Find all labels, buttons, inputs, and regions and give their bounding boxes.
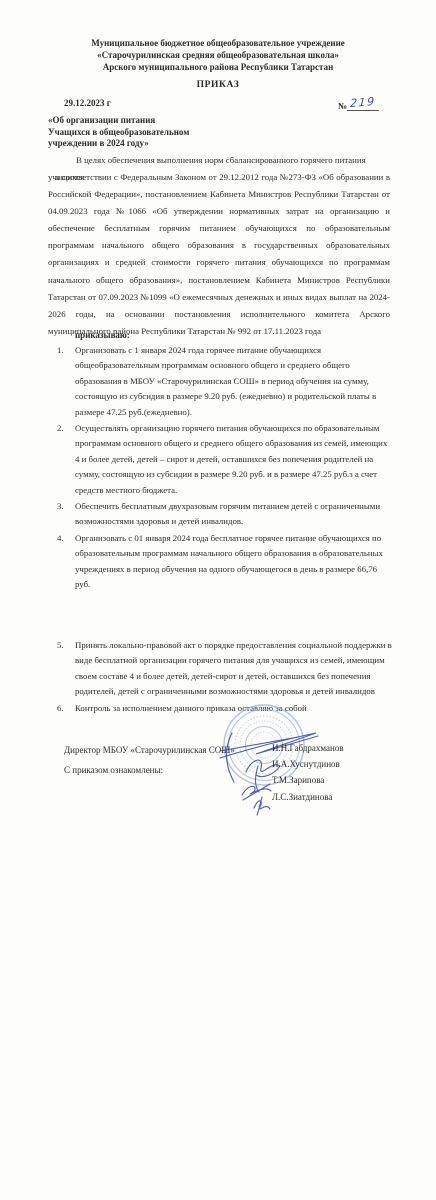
- subject-line: «Об организации питания: [48, 115, 189, 127]
- document-type-title: ПРИКАЗ: [0, 80, 436, 90]
- signer-name: Л.С.Зиатдинова: [272, 789, 344, 805]
- order-keyword: приказываю:: [75, 330, 130, 340]
- signature-names: И.Н.Габдрахманов И.А.Хуснутдинов Т.М.Зар…: [272, 740, 344, 805]
- order-item: 2. Осуществлять организацию горячего пит…: [57, 421, 393, 498]
- acknowledged-label: С приказом ознакомлены:: [64, 760, 235, 780]
- signer-name: И.Н.Габдрахманов: [272, 740, 344, 756]
- item-text: Осуществлять организацию горячего питани…: [75, 421, 393, 498]
- document-number: №219: [338, 98, 379, 111]
- director-label: Директор МБОУ «Старочурилинская СОШ»: [64, 740, 235, 760]
- preamble-body: в соответствии с Федеральным Законом от …: [48, 169, 390, 340]
- item-number: 6.: [57, 701, 75, 716]
- signer-name: И.А.Хуснутдинов: [272, 756, 344, 772]
- item-number: 5.: [57, 638, 75, 700]
- item-text: Организовать с 01 января 2024 года беспл…: [75, 531, 393, 593]
- item-text: Обеспечить бесплатным двухразовым горячи…: [75, 499, 393, 530]
- item-text: Организовать с 1 января 2024 года горяче…: [75, 343, 393, 420]
- number-sign: №: [338, 101, 347, 111]
- item-number: 2.: [57, 421, 75, 498]
- order-subject: «Об организации питания Учащихся в общео…: [48, 115, 189, 150]
- signer-name: Т.М.Зарипова: [272, 772, 344, 788]
- item-number: 3.: [57, 499, 75, 530]
- item-number: 4.: [57, 531, 75, 593]
- subject-line: Учащихся в общеобразовательном: [48, 127, 189, 139]
- signature-labels: Директор МБОУ «Старочурилинская СОШ» С п…: [64, 740, 235, 780]
- scanned-order-document: { "page": { "header": { "org_lines": [ "…: [0, 0, 436, 1200]
- document-page: Муниципальное бюджетное общеобразователь…: [0, 0, 436, 1200]
- order-item: 4. Организовать с 01 января 2024 года бе…: [57, 531, 393, 593]
- number-line: 219: [347, 98, 379, 111]
- order-item: 3. Обеспечить бесплатным двухразовым гор…: [57, 499, 393, 530]
- order-items-1-4: 1. Организовать с 1 января 2024 года гор…: [57, 343, 393, 594]
- org-name-line: Муниципальное бюджетное общеобразователь…: [0, 37, 436, 49]
- subject-line: учреждении в 2024 году»: [48, 138, 189, 150]
- org-name-line: «Старочурилинская средняя общеобразовате…: [0, 49, 436, 61]
- order-item: 1. Организовать с 1 января 2024 года гор…: [57, 343, 393, 420]
- organization-header: Муниципальное бюджетное общеобразователь…: [0, 37, 436, 73]
- handwritten-number: 219: [350, 97, 376, 109]
- item-number: 1.: [57, 343, 75, 420]
- order-item: 5. Принять локально-правовой акт о поряд…: [57, 638, 393, 700]
- org-name-line: Арского муниципального района Республики…: [0, 61, 436, 73]
- item-text: Принять локально-правовой акт о порядке …: [75, 638, 393, 700]
- document-date: 29.12.2023 г: [64, 98, 111, 108]
